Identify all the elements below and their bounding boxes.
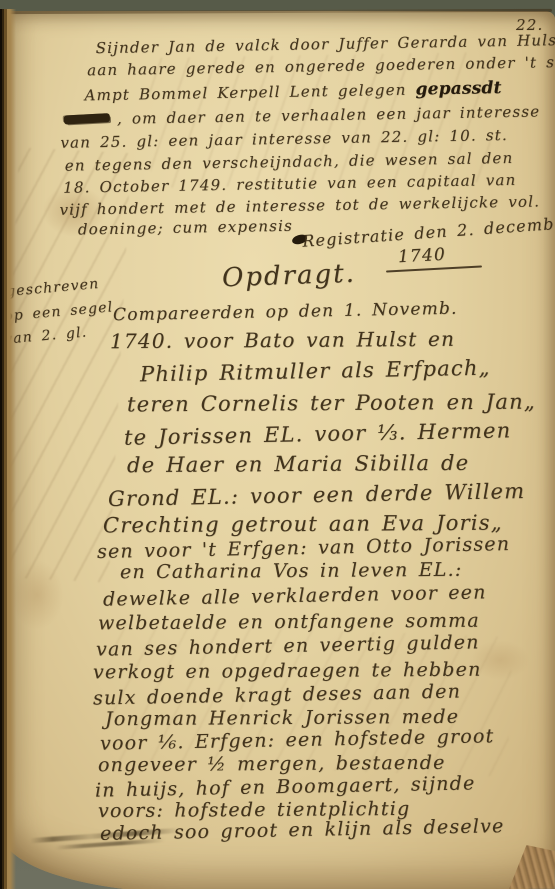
scribbled-out-word: [64, 113, 110, 124]
registration-year: 1740: [398, 245, 447, 267]
body-line: 1740. voor Bato van Hulst en: [110, 327, 455, 353]
top-annotation-line: Sijnder Jan de valck door Juffer Gerarda…: [96, 31, 555, 57]
top-annotation-line: aan haare gerede en ongerede goederen on…: [87, 52, 555, 79]
binding-edge: [0, 9, 16, 889]
body-line: welbetaelde en ontfangene somma: [98, 610, 480, 635]
body-line: en Catharina Vos in leven EL.:: [120, 559, 463, 583]
top-annotation-line: van 25. gl: een jaar interesse van 22. g…: [60, 126, 508, 152]
top-annotation-block: Sijnder Jan de valck door Juffer Gerarda…: [0, 0, 555, 245]
body-line: de Haer en Maria Sibilla de: [127, 451, 469, 477]
top-annotation-line: Ampt Bommel Kerpell Lent gelegen gepassd…: [84, 78, 501, 105]
top-annotation-text: Ampt Bommel Kerpell Lent gelegen: [84, 81, 406, 105]
top-annotation-line: vijf hondert met de interesse tot de wer…: [59, 192, 540, 218]
top-annotation-line: 18. October 1749. restitutie van een cap…: [63, 171, 517, 197]
bold-overwrite-word: gepassdt: [415, 78, 501, 99]
paper-stain: [10, 560, 64, 630]
section-heading: Opdragt.: [222, 259, 357, 294]
top-annotation-text: , om daer aen te verhaalen een jaar inte…: [117, 102, 541, 127]
top-annotation-line: en tegens den verscheijndach, die wesen …: [65, 149, 514, 175]
top-annotation-line: doeninge; cum expensis: [78, 217, 293, 239]
body-line: verkogt en opgedraegen te hebben: [93, 659, 482, 684]
manuscript-scan: 22. Sijnder Jan de valck door Juffer Ger…: [0, 0, 555, 889]
body-line: teren Cornelis ter Pooten en Jan„: [127, 390, 536, 417]
top-annotation-line: , om daer aen te verhaalen een jaar inte…: [64, 102, 541, 128]
body-line: ongeveer ½ mergen, bestaende: [98, 752, 446, 776]
